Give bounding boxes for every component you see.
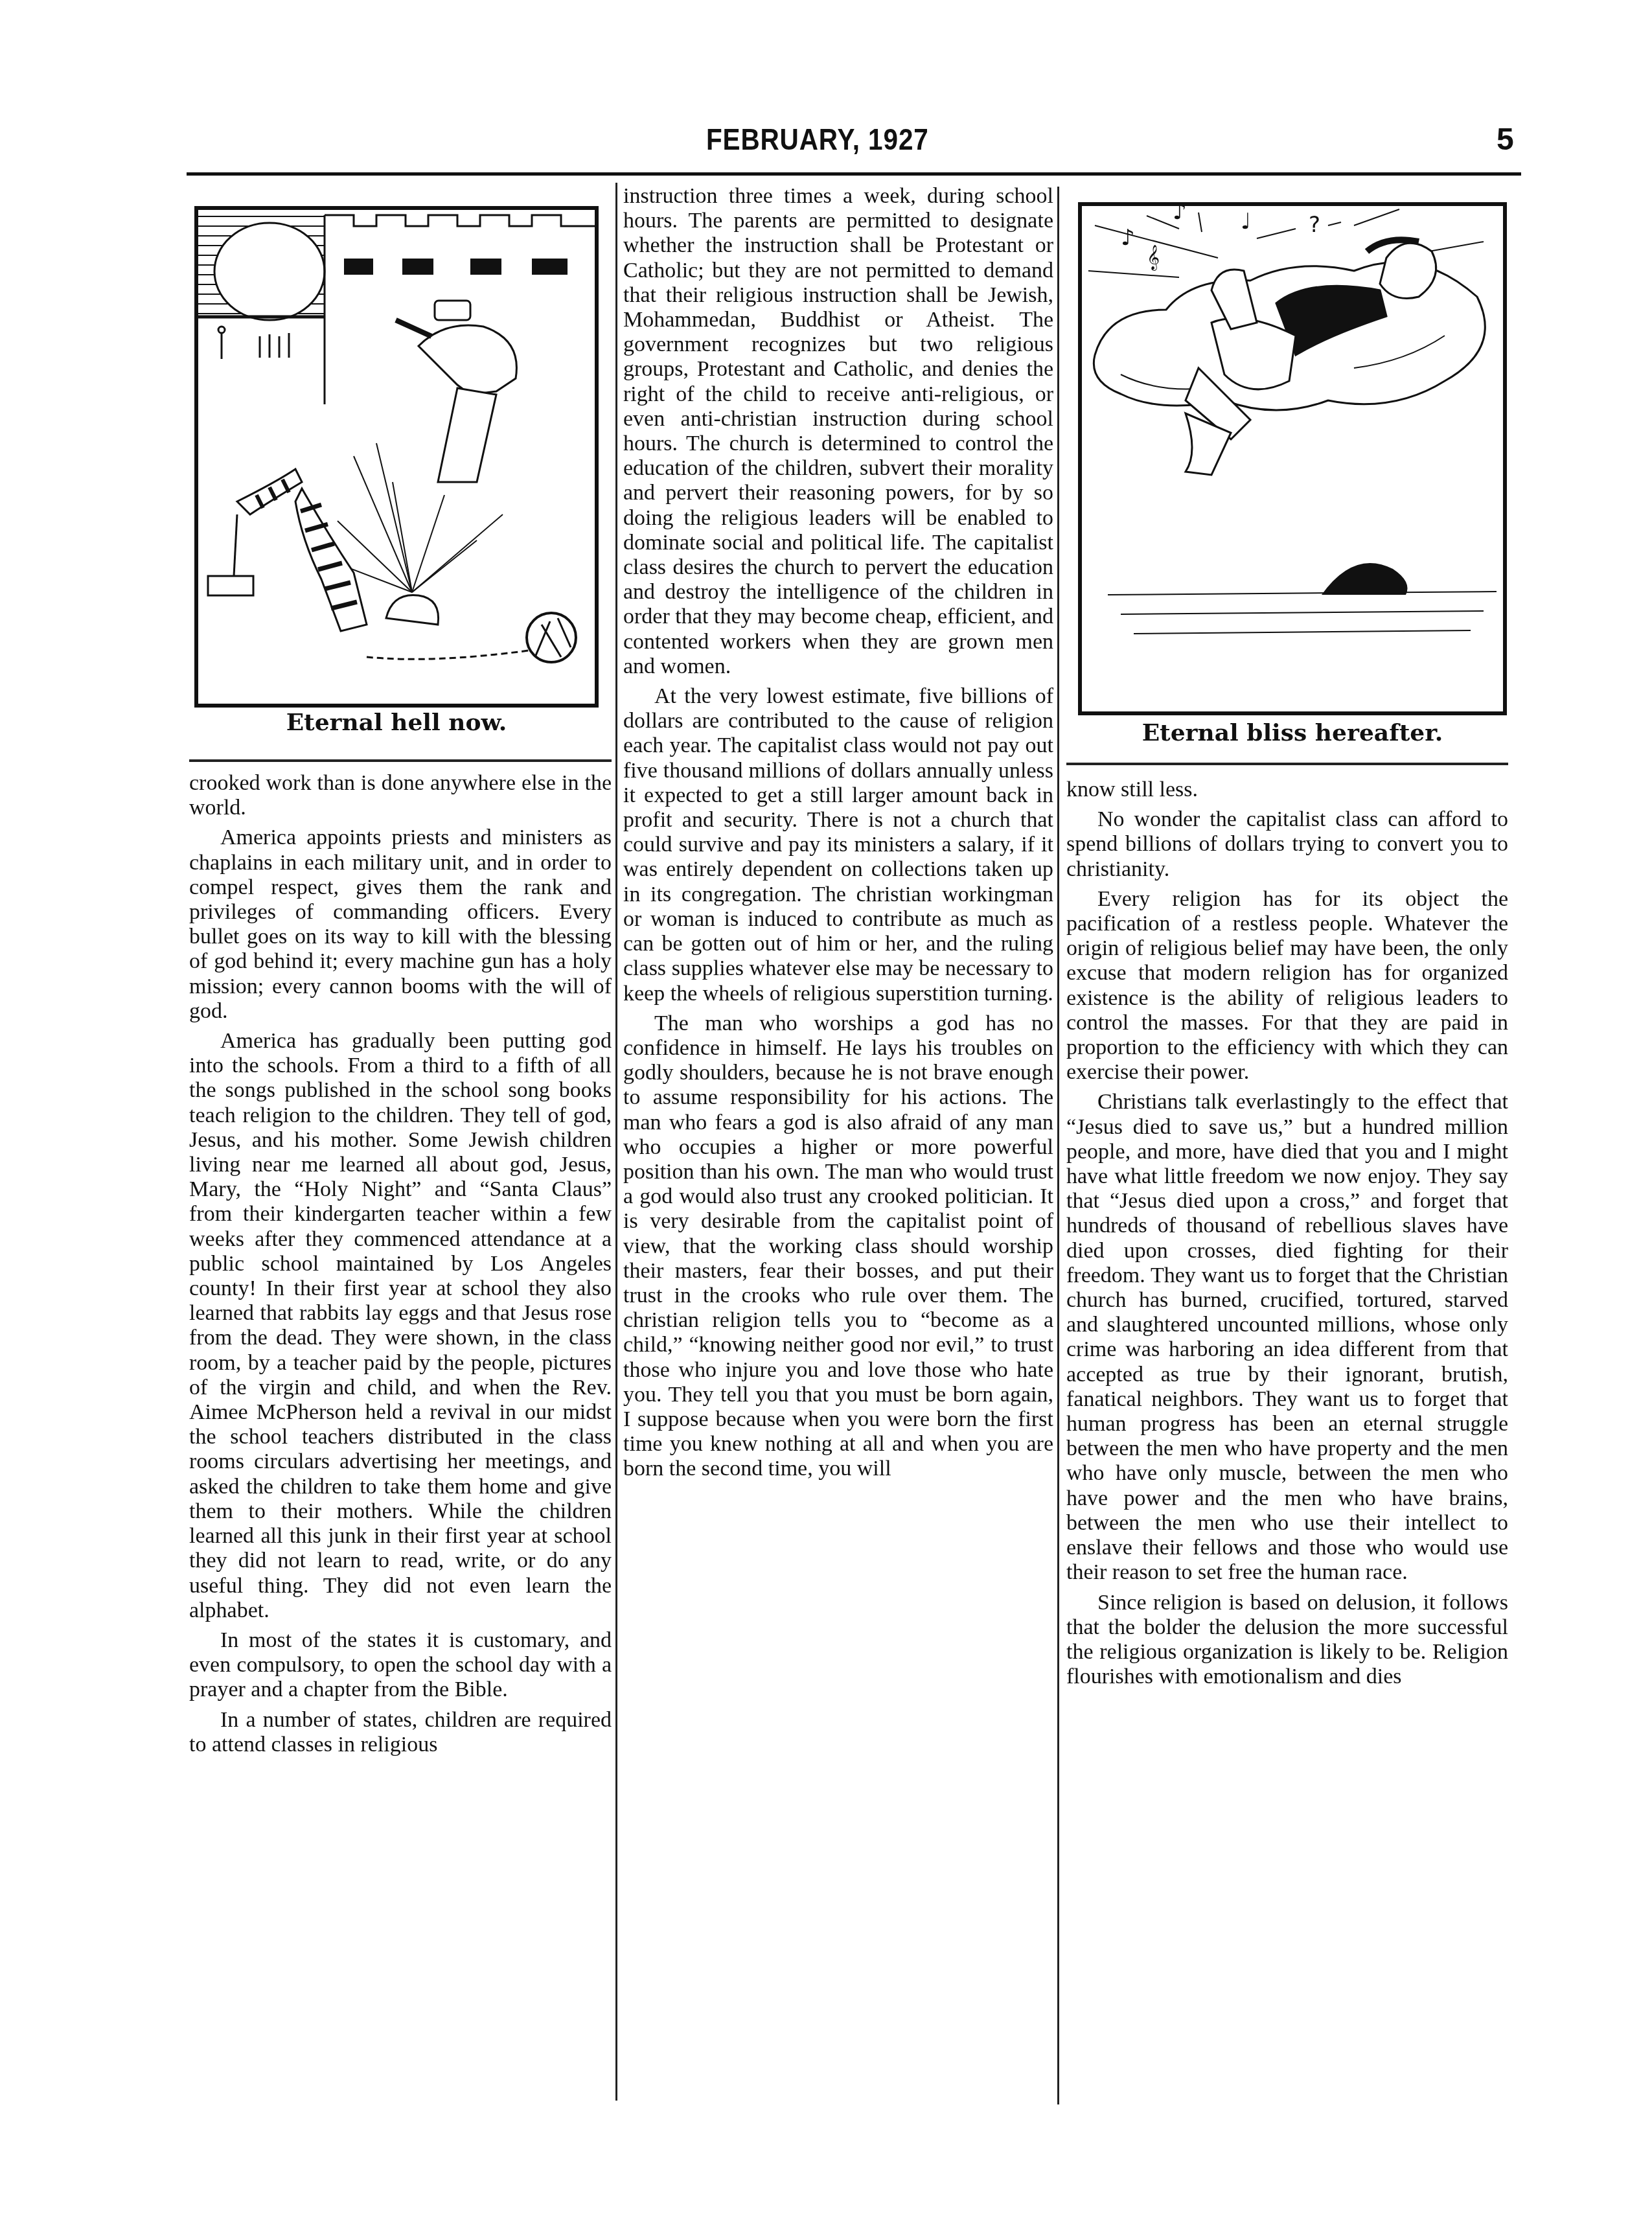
paragraph: know still less. [1066,778,1508,802]
prison-scene-illustration [198,210,595,704]
cartoon-eternal-hell [194,206,599,708]
paragraph: America appoints priests and ministers a… [189,825,612,1024]
paragraph: crooked work than is done anywhere else … [189,771,612,820]
svg-text:𝄞: 𝄞 [1147,244,1160,271]
svg-text:♪: ♪ [1173,206,1187,225]
column-divider-right [1057,187,1059,2104]
man-head [1380,243,1436,298]
svg-text:?: ? [1309,212,1320,238]
page-number: 5 [1497,122,1514,157]
article-column-left: crooked work than is done anywhere else … [189,771,612,1757]
right-figure-rule [1066,763,1508,765]
paragraph: Christians talk everlastingly to the eff… [1066,1090,1508,1585]
paragraph: The man who worships a god has no confid… [623,1011,1053,1482]
svg-text:♩: ♩ [1241,209,1251,235]
paragraph: instruction three times a week, during s… [623,184,1053,679]
article-column-middle: instruction three times a week, during s… [623,184,1053,1482]
column-divider-left [615,183,617,2101]
paragraph: Every religion has for its object the pa… [1066,887,1508,1085]
paragraph: At the very lowest estimate, five billio… [623,684,1053,1006]
paragraph: In a number of states, children are requ… [189,1708,612,1757]
page-header-title: FEBRUARY, 1927 [91,122,1544,157]
ball-and-chain-icon [527,613,576,662]
caption-eternal-bliss: Eternal bliss hereafter. [1078,719,1507,746]
setting-sun-icon [1322,563,1408,595]
paragraph: No wonder the capitalist class can affor… [1066,807,1508,882]
cartoon-eternal-bliss: ♪ ♪ 𝄞 ♩ ? [1078,202,1507,715]
left-figure-rule [189,759,612,762]
paragraph: In most of the states it is customary, a… [189,1628,612,1703]
paragraph: Since religion is based on delusion, it … [1066,1591,1508,1690]
caption-eternal-hell: Eternal hell now. [194,709,599,736]
rock-icon [386,595,439,625]
moon-icon [214,223,325,320]
music-note-icon: ♪ [1121,225,1135,251]
paragraph: America has gradually been putting god i… [189,1029,612,1623]
heaven-scene-illustration: ♪ ♪ 𝄞 ♩ ? [1082,206,1503,711]
header-rule [187,172,1521,176]
article-column-right: know still less. No wonder the capitalis… [1066,778,1508,1689]
